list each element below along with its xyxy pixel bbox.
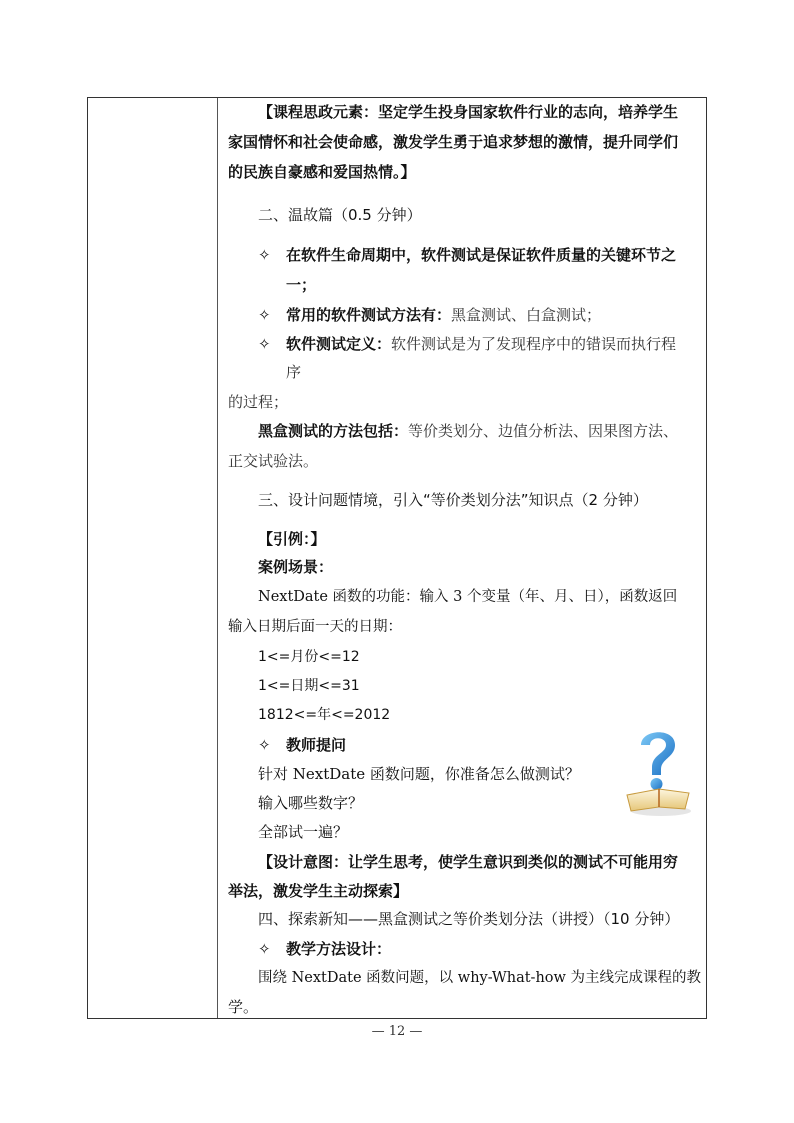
diamond-bullet-icon: ✧ — [258, 939, 286, 959]
diamond-bullet-icon: ✧ — [258, 305, 286, 325]
question-1: 针对 NextDate 函数问题，你准备怎么做测试？ — [258, 764, 580, 784]
ideology-note-line1: 【课程思政元素：坚定学生投身国家软件行业的志向，培养学生 — [258, 102, 678, 122]
method-line2: 学。 — [228, 997, 258, 1017]
section2-item2: ✧常用的软件测试方法有：黑盒测试、白盒测试； — [258, 305, 601, 325]
method-label: ✧教学方法设计： — [258, 939, 391, 959]
question-2: 输入哪些数字？ — [258, 793, 363, 813]
table-left-column — [88, 98, 218, 1018]
design-intent-line1: 【设计意图：让学生思考，使学生意识到类似的测试不可能用穷 — [258, 852, 678, 872]
lesson-table: 【课程思政元素：坚定学生投身国家软件行业的志向，培养学生 家国情怀和社会使命感，… — [87, 97, 707, 1019]
diamond-bullet-icon: ✧ — [258, 735, 286, 755]
constraint-year: 1812<=年<=2012 — [258, 705, 390, 725]
diamond-bullet-icon: ✧ — [258, 245, 286, 265]
method-line1: 围绕 NextDate 函数问题，以 why-What-how 为主线完成课程的… — [258, 968, 701, 988]
blackbox-methods-cont: 正交试验法。 — [228, 451, 318, 471]
func-desc-line2: 输入日期后面一天的日期： — [228, 617, 402, 637]
ideology-note-line2: 家国情怀和社会使命感，激发学生勇于追求梦想的激情，提升同学们 — [228, 132, 678, 152]
section2-heading: 二、温故篇（0.5 分钟） — [258, 205, 422, 225]
teacher-question-label: ✧教师提问 — [258, 735, 346, 755]
section2-item1: ✧在软件生命周期中，软件测试是保证软件质量的关键环节之 — [258, 245, 676, 265]
table-right-column: 【课程思政元素：坚定学生投身国家软件行业的志向，培养学生 家国情怀和社会使命感，… — [218, 98, 706, 1018]
diamond-bullet-icon: ✧ — [258, 334, 286, 354]
section2-item1-cont: 一； — [286, 275, 316, 295]
blackbox-methods: 黑盒测试的方法包括：等价类划分、边值分析法、因果图方法、 — [258, 421, 678, 441]
page-number: — 12 — — [0, 1024, 794, 1039]
section3-heading: 三、设计问题情境，引入“等价类划分法”知识点（2 分钟） — [258, 490, 648, 510]
section2-item3-tail: 的过程； — [228, 392, 288, 412]
question-3: 全部试一遍？ — [258, 822, 348, 842]
constraint-month: 1<=月份<=12 — [258, 647, 360, 667]
question-mark-book-icon — [623, 723, 695, 818]
scenario-label: 案例场景： — [258, 557, 333, 577]
func-desc-line1: NextDate 函数的功能：输入 3 个变量（年、月、日），函数返回 — [258, 587, 677, 607]
ideology-note-line3: 的民族自豪感和爱国热情。】 — [228, 162, 416, 182]
example-label: 【引例：】 — [258, 529, 326, 549]
section2-item3: ✧软件测试定义：软件测试是为了发现程序中的错误而执行程 — [258, 334, 676, 354]
design-intent-line2: 举法，激发学生主动探索】 — [228, 881, 408, 901]
section2-item3-cont: 序 — [286, 362, 301, 382]
constraint-day: 1<=日期<=31 — [258, 676, 360, 696]
section4-heading: 四、探索新知——黑盒测试之等价类划分法（讲授）（10 分钟） — [258, 909, 679, 929]
